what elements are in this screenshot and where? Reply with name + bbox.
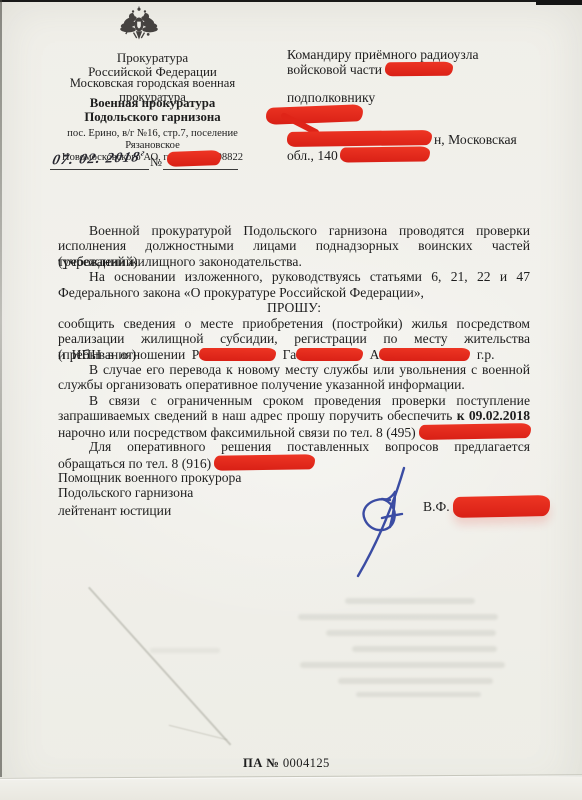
paper-fold-area (0, 777, 582, 800)
recipient-line: обл., 140 (287, 147, 430, 164)
signer-rank-line: лейтенант юстиции (58, 503, 171, 519)
redaction-mark-unit (385, 62, 453, 77)
handwritten-date: 07. 02. 2018г (51, 147, 147, 169)
recipient-line: н, Московская (287, 131, 517, 148)
request-heading: ПРОШУ: (58, 300, 530, 315)
handwritten-signature (338, 456, 430, 582)
redaction-mark-number (167, 150, 221, 167)
body-line: реализации жилищной субсидии, регистраци… (58, 331, 530, 346)
redaction-mark-fax-number (419, 423, 531, 440)
org-name: ПрокуратураРоссийской Федерации (40, 51, 265, 79)
redaction-mark-postcode (340, 146, 430, 162)
bleedthrough-text (150, 648, 220, 653)
date-underline (50, 169, 149, 170)
org-unit: Военная прокуратураПодольского гарнизона (40, 96, 265, 125)
bleedthrough-text (300, 662, 505, 668)
bleedthrough-text (356, 692, 481, 697)
recipient-line: Командиру приёмного радиоузла (287, 47, 479, 63)
redaction-mark-firstname (296, 348, 363, 361)
body-line: Военной прокуратурой Подольского гарнизо… (89, 223, 530, 238)
redaction-mark-address (287, 130, 432, 147)
body-line-with-redactions: и ИНН в отношении Р Га А г.р. (58, 347, 530, 362)
body-line: В случае его перевода к новому месту слу… (89, 362, 530, 377)
letter-body: Военной прокуратурой Подольского гарнизо… (58, 223, 530, 470)
number-sign: № (150, 155, 162, 170)
body-line-with-redactions: обращаться по тел. 8 (916) (58, 455, 530, 470)
body-line: исполнения должностными лицами поднадзор… (58, 238, 530, 253)
bleedthrough-text (338, 678, 493, 684)
body-line: В связи с ограниченным сроком проведения… (89, 393, 530, 408)
body-line: На основании изложенного, руководствуясь… (89, 269, 530, 284)
recipient-line: войсковой части (287, 62, 453, 78)
bleedthrough-text (352, 646, 497, 652)
signer-initials-row: В.Ф. (423, 496, 550, 517)
paper-crease (88, 587, 231, 746)
redaction-mark-mobile-number (214, 454, 315, 470)
form-number: ПА № 0004125 (243, 756, 330, 771)
body-line: Для оперативного решения поставленных во… (89, 439, 530, 454)
scanned-letter-page: ПрокуратураРоссийской Федерации Московск… (0, 0, 582, 800)
redaction-mark-surname (199, 348, 276, 361)
scan-edge-top-right (536, 0, 582, 5)
number-underline (163, 169, 238, 170)
body-line: Федерального закона «О прокуратуре Росси… (58, 285, 530, 300)
body-line-with-deadline: запрашиваемых сведений в наш адрес прошу… (58, 408, 530, 423)
body-line-with-redactions: нарочно или посредством факсимильной свя… (58, 424, 530, 439)
signer-title-line: Помощник военного прокурора (58, 470, 241, 486)
redaction-mark-patronymic-dob (379, 348, 470, 361)
signer-initials: В.Ф. (423, 499, 450, 514)
scan-edge-left (0, 0, 2, 800)
body-line: службы организовать оперативное получени… (58, 377, 530, 392)
deadline-date: к 09.02.2018 (457, 408, 530, 423)
bleedthrough-text (345, 598, 475, 604)
recipient-line: подполковнику (287, 90, 375, 106)
scan-edge-top (0, 0, 582, 2)
body-line: сообщить сведения о месте приобретения (… (58, 316, 530, 331)
bleedthrough-text (326, 630, 496, 636)
signer-title-line: Подольского гарнизона (58, 485, 193, 501)
coat-of-arms-eagle-icon (116, 6, 162, 50)
bleedthrough-text (298, 614, 498, 620)
body-line: требований жилищного законодательства. (58, 254, 530, 269)
redaction-mark-signer-surname (452, 495, 549, 518)
